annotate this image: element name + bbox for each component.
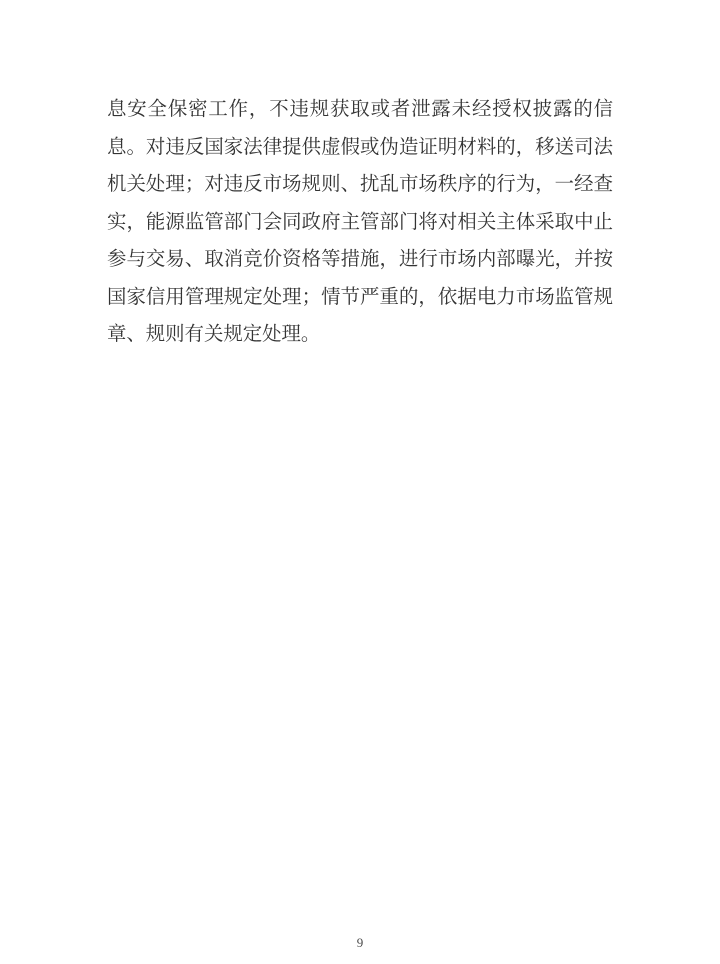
document-page: 息安全保密工作，不违规获取或者泄露未经授权披露的信 息。对违反国家法律提供虚假或… [0, 0, 720, 964]
paragraph-line: 息。对违反国家法律提供虚假或伪造证明材料的，移送司法 [107, 129, 613, 167]
page-footer: 9 [0, 934, 720, 952]
paragraph-line: 实，能源监管部门会同政府主管部门将对相关主体采取中止 [107, 204, 613, 242]
body-paragraph: 息安全保密工作，不违规获取或者泄露未经授权披露的信 息。对违反国家法律提供虚假或… [107, 91, 613, 354]
paragraph-line: 章、规则有关规定处理。 [107, 316, 613, 354]
page-number: 9 [357, 934, 364, 952]
paragraph-line: 息安全保密工作，不违规获取或者泄露未经授权披露的信 [107, 91, 613, 129]
paragraph-line: 参与交易、取消竞价资格等措施，进行市场内部曝光，并按 [107, 241, 613, 279]
paragraph-line: 国家信用管理规定处理；情节严重的，依据电力市场监管规 [107, 279, 613, 317]
paragraph-line: 机关处理；对违反市场规则、扰乱市场秩序的行为，一经查 [107, 166, 613, 204]
